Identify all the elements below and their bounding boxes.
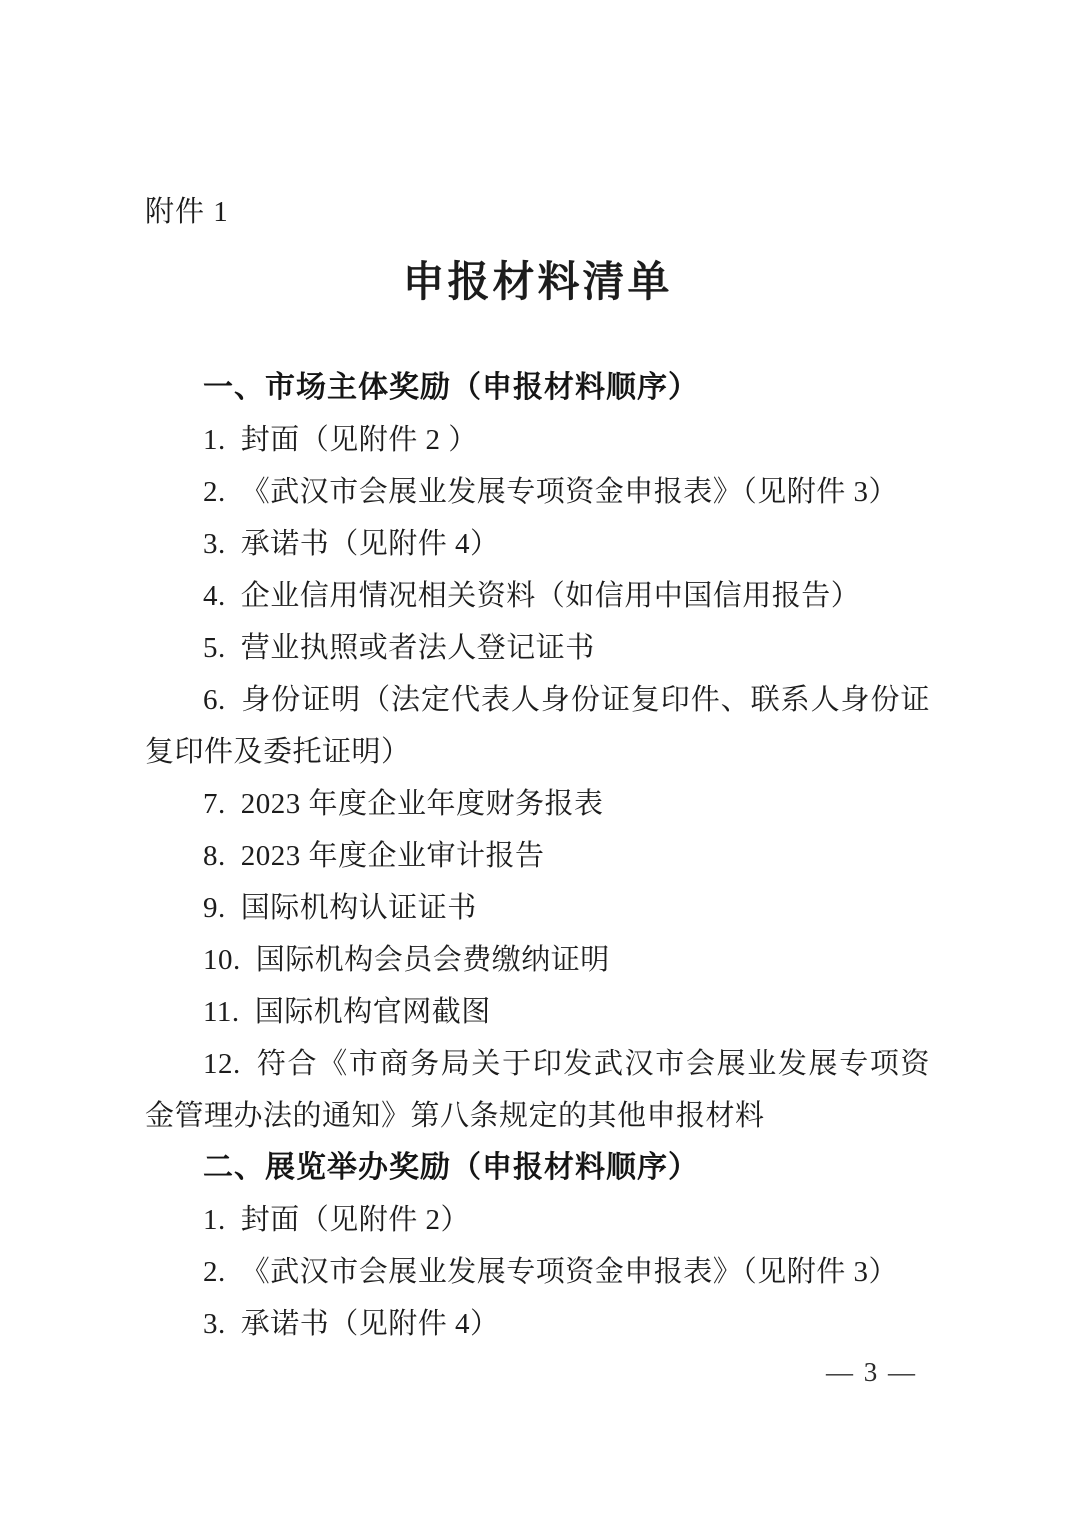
item-number: 10. <box>203 944 241 976</box>
item-text: 国际机构认证证书 <box>241 892 477 924</box>
attachment-label: 附件 1 <box>145 186 930 238</box>
item-number: 9. <box>203 892 226 924</box>
item-text: 国际机构官网截图 <box>255 996 491 1028</box>
item-number: 2. <box>203 476 226 508</box>
item-text: 封面（见附件 2） <box>241 1204 470 1236</box>
item-number: 5. <box>203 632 226 664</box>
list-item-2-2: 2.《武汉市会展业发展专项资金申报表》（见附件 3） <box>145 1246 930 1298</box>
item-text: 国际机构会员会费缴纳证明 <box>256 944 610 976</box>
item-number: 3. <box>203 528 226 560</box>
list-item-1-4: 4.企业信用情况相关资料（如信用中国信用报告） <box>145 570 930 622</box>
item-number: 6. <box>203 684 226 716</box>
item-text: 《武汉市会展业发展专项资金申报表》（见附件 3） <box>241 476 898 508</box>
item-text: 2023 年度企业审计报告 <box>241 840 545 872</box>
item-text: 2023 年度企业年度财务报表 <box>241 788 604 820</box>
list-item-2-1: 1.封面（见附件 2） <box>145 1194 930 1246</box>
list-item-2-3: 3.承诺书（见附件 4） <box>145 1298 930 1350</box>
item-text: 承诺书（见附件 4） <box>241 528 500 560</box>
list-item-1-3: 3.承诺书（见附件 4） <box>145 518 930 570</box>
item-text: 身份证明（法定代表人身份证复印件、联系人身份证复印件及委托证明） <box>145 684 930 768</box>
list-item-1-10: 10.国际机构会员会费缴纳证明 <box>145 934 930 986</box>
list-item-1-8: 8.2023 年度企业审计报告 <box>145 830 930 882</box>
list-item-1-7: 7.2023 年度企业年度财务报表 <box>145 778 930 830</box>
item-text: 封面（见附件 2 ） <box>241 424 478 456</box>
item-number: 7. <box>203 788 226 820</box>
section-2-heading: 二、展览举办奖励（申报材料顺序） <box>145 1142 930 1194</box>
list-item-1-12: 12.符合《市商务局关于印发武汉市会展业发展专项资金管理办法的通知》第八条规定的… <box>145 1038 930 1142</box>
item-number: 3. <box>203 1308 226 1340</box>
list-item-1-11: 11.国际机构官网截图 <box>145 986 930 1038</box>
item-text: 符合《市商务局关于印发武汉市会展业发展专项资金管理办法的通知》第八条规定的其他申… <box>145 1048 930 1132</box>
section-1-heading: 一、市场主体奖励（申报材料顺序） <box>145 362 930 414</box>
item-text: 承诺书（见附件 4） <box>241 1308 500 1340</box>
list-item-1-9: 9.国际机构认证证书 <box>145 882 930 934</box>
list-item-1-1: 1.封面（见附件 2 ） <box>145 414 930 466</box>
item-number: 8. <box>203 840 226 872</box>
list-item-1-6: 6.身份证明（法定代表人身份证复印件、联系人身份证复印件及委托证明） <box>145 674 930 778</box>
page-number: — 3 — <box>145 1356 930 1388</box>
item-number: 11. <box>203 996 240 1028</box>
document-page: 附件 1 申报材料清单 一、市场主体奖励（申报材料顺序） 1.封面（见附件 2 … <box>0 0 1080 1528</box>
list-item-1-5: 5.营业执照或者法人登记证书 <box>145 622 930 674</box>
item-number: 2. <box>203 1256 226 1288</box>
item-number: 12. <box>203 1048 241 1080</box>
item-number: 1. <box>203 1204 226 1236</box>
item-text: 企业信用情况相关资料（如信用中国信用报告） <box>241 580 861 612</box>
document-title: 申报材料清单 <box>145 252 930 314</box>
list-item-1-2: 2.《武汉市会展业发展专项资金申报表》（见附件 3） <box>145 466 930 518</box>
item-text: 《武汉市会展业发展专项资金申报表》（见附件 3） <box>241 1256 898 1288</box>
item-text: 营业执照或者法人登记证书 <box>241 632 595 664</box>
item-number: 1. <box>203 424 226 456</box>
item-number: 4. <box>203 580 226 612</box>
